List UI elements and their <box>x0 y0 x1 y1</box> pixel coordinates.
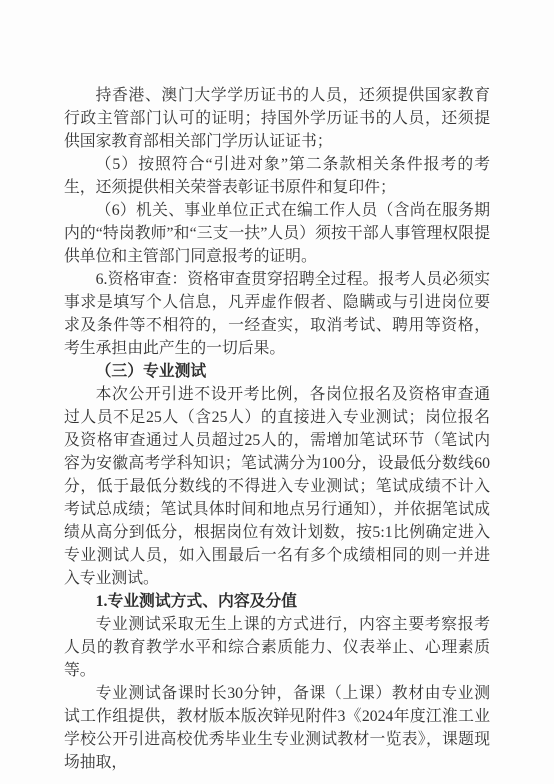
document-page: 持香港、澳门大学学历证书的人员，还须提供国家教育行政主管部门认可的证明；持国外学… <box>0 0 554 784</box>
paragraph-credential-hkmo: 持香港、澳门大学学历证书的人员，还须提供国家教育行政主管部门认可的证明；持国外学… <box>64 84 490 153</box>
paragraph-test-preparation: 专业测试备课时长30分钟，备课（上课）教材由专业测试工作组提供，教材版本版次详见… <box>64 682 490 774</box>
subsection-heading-test-method: 1.专业测试方式、内容及分值 <box>64 590 490 613</box>
paragraph-item-6: （6）机关、事业单位正式在编工作人员（含尚在服务期内的“特岗教师”和“三支一扶”… <box>64 199 490 268</box>
paragraph-test-ratio-rules: 本次公开引进不设开考比例，各岗位报名及资格审查通过人员不足25人（含25人）的直… <box>64 383 490 590</box>
section-heading-professional-test: （三）专业测试 <box>64 360 490 383</box>
page-number: —5— <box>0 705 554 723</box>
paragraph-item-5: （5）按照符合“引进对象”第二条款相关条件报考的考生，还须提供相关荣誉表彰证书原… <box>64 153 490 199</box>
paragraph-qualification-review: 6.资格审查：资格审查贯穿招聘全过程。报考人员必须实事求是填写个人信息，凡弄虚作… <box>64 268 490 360</box>
paragraph-test-format: 专业测试采取无生上课的方式进行，内容主要考察报考人员的教育教学水平和综合素质能力… <box>64 613 490 682</box>
